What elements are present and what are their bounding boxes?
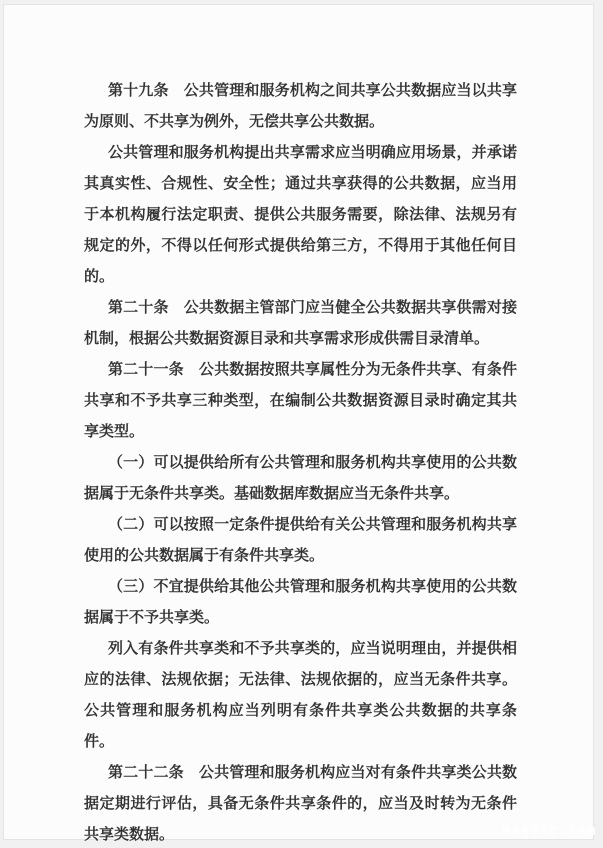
document-text: 第十九条 公共管理和服务机构之间共享公共数据应当以共享为原则、不共享为例外，无偿…	[84, 75, 517, 848]
paragraph-article-19-requirements: 公共管理和服务机构提出共享需求应当明确应用场景，并承诺其真实性、合规性、安全性；…	[84, 137, 517, 292]
paragraph-article-21-item-1: （一）可以提供给所有公共管理和服务机构共享使用的公共数据属于无条件共享类。基础数…	[84, 447, 517, 509]
paragraph-article-19: 第十九条 公共管理和服务机构之间共享公共数据应当以共享为原则、不共享为例外，无偿…	[84, 75, 517, 137]
document-page: 第十九条 公共管理和服务机构之间共享公共数据应当以共享为原则、不共享为例外，无偿…	[3, 4, 594, 840]
paragraph-article-21-conditions: 列入有条件共享类和不予共享类的，应当说明理由，并提供相应的法律、法规依据；无法律…	[84, 633, 517, 757]
watermark: mascic.com	[502, 823, 596, 839]
paragraph-article-21: 第二十一条 公共数据按照共享属性分为无条件共享、有条件共享和不予共享三种类型，在…	[84, 354, 517, 447]
paragraph-article-20: 第二十条 公共数据主管部门应当健全公共数据共享供需对接机制，根据公共数据资源目录…	[84, 292, 517, 354]
screenshot-canvas: 第十九条 公共管理和服务机构之间共享公共数据应当以共享为原则、不共享为例外，无偿…	[0, 0, 603, 848]
paragraph-article-21-item-3: （三）不宜提供给其他公共管理和服务机构共享使用的公共数据属于不予共享类。	[84, 571, 517, 633]
paragraph-article-22: 第二十二条 公共管理和服务机构应当对有条件共享类公共数据定期进行评估，具备无条件…	[84, 757, 517, 848]
paragraph-article-21-item-2: （二）可以按照一定条件提供给有关公共管理和服务机构共享使用的公共数据属于有条件共…	[84, 509, 517, 571]
